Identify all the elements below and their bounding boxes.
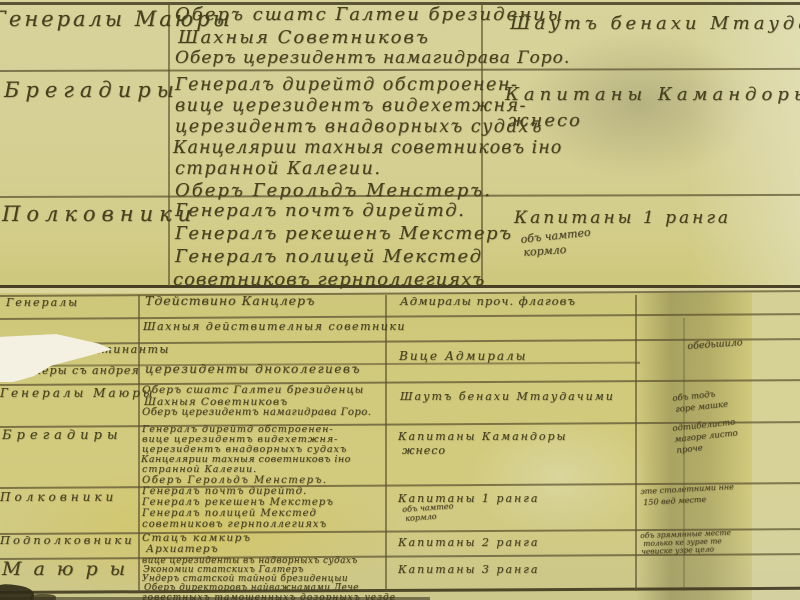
rank-cell-text: Брегадиры	[2, 429, 122, 442]
margin-note-text: объ чамтео	[520, 227, 591, 245]
naval-ranks-text: жнесо	[508, 112, 582, 130]
civil-ranks-text: Шахныя действителныя советники	[143, 321, 406, 332]
civil-ranks-text: Генералъ дирейтд обстроенен-	[175, 77, 518, 95]
rank-cell-text: Генералы Лейтинанты	[0, 344, 170, 355]
civil-ranks-text: Оберъ церезидентъ намагидрава Горо.	[142, 408, 371, 418]
civil-ranks-text: Оберъ Герольдъ Менстеръ.	[175, 182, 492, 200]
civil-ranks-text: Оберъ директоровъ найважнамами Лече	[144, 584, 359, 593]
naval-ranks-text: кормло	[405, 513, 437, 523]
civil-ranks-text: Генералъ рекешенъ Мекстеръ	[142, 498, 334, 508]
naval-ranks-text: Капитаны Камандоры	[505, 86, 800, 104]
table-hline	[0, 587, 800, 594]
civil-ranks-text: Генералъ полицей Мекстед	[175, 248, 483, 266]
rank-cell-text: Брегадиры	[4, 80, 180, 101]
photo-edge-mark	[30, 594, 56, 600]
civil-ranks-text: Оберъ церезидентъ намагидрава Горо.	[175, 50, 570, 67]
naval-ranks-text: Капитаны 3 ранга	[398, 564, 539, 575]
civil-ranks-text: церезидентъ внадворныхъ судахъ	[175, 119, 543, 137]
rank-cell-text: Генералы	[6, 297, 79, 308]
naval-ranks-text: Капитаны 2 ранга	[398, 537, 539, 548]
civil-ranks-text: странной Калегии.	[175, 161, 381, 179]
civil-ranks-text: Оберъ сшатс Галтеи брезиденцы	[142, 385, 364, 396]
margin-note-text: обедьшило	[687, 338, 743, 351]
civil-ranks-text: говестныхъ тамошенныхъ дозорныхъ уезде	[142, 594, 396, 600]
naval-ranks-text: Капитаны Камандоры	[398, 431, 568, 442]
rank-cell-text: Подполковники	[0, 535, 135, 547]
table-hline	[0, 68, 800, 72]
civil-ranks-text: странной Калегии.	[142, 465, 257, 475]
table-vline	[635, 295, 637, 591]
civil-ranks-text: вице церезидентъ видехетжня-	[175, 98, 527, 116]
naval-ranks-text: Капитаны 1 ранга	[398, 493, 539, 504]
table-hline	[0, 379, 800, 385]
margin-note-text: кормло	[523, 244, 567, 258]
naval-ranks-text: Шаутъ бенахи Мтаудачими	[400, 391, 615, 402]
table-vline	[385, 295, 387, 591]
naval-ranks-text: Вице Адмиралы	[399, 350, 527, 362]
margin-note-text: проче	[676, 444, 703, 455]
rank-cell-text: Маюры	[2, 560, 137, 579]
civil-ranks-text: Шахныя Советниковъ	[144, 397, 288, 408]
margin-note-text: эте столетними нне	[640, 483, 734, 496]
rank-cell-text: Полковники	[2, 204, 197, 225]
table-hline	[0, 313, 800, 319]
civil-ranks-text: Архиатеръ	[146, 544, 219, 555]
civil-ranks-text: Генералъ почтъ дирейтд.	[175, 202, 465, 220]
naval-ranks-text: Адмиралы проч. флаговъ	[400, 296, 576, 308]
civil-ranks-text: советниковъ гернполлегияхъ	[173, 271, 485, 289]
civil-ranks-text: Оберъ Герольдъ Менстеръ.	[142, 476, 327, 486]
table-vline	[168, 2, 170, 286]
table-vline	[138, 295, 140, 591]
civil-ranks-text: Генералъ рекешенъ Мекстеръ	[175, 225, 513, 243]
civil-ranks-text: Тдействино Канцлеръ	[145, 295, 315, 308]
civil-ranks-text: Генералъ почтъ дирейтд.	[142, 487, 307, 497]
margin-note-text: 150 вед месте	[643, 496, 706, 507]
civil-ranks-text: церезиденты дноколегиевъ	[145, 363, 361, 375]
paper-highlight	[690, 0, 800, 290]
rank-cell-text: Генералы Маюры	[0, 387, 156, 399]
rank-cell-text: Кавалеры съ андрея	[2, 365, 140, 376]
civil-ranks-text: Шахныя Советниковъ	[178, 29, 430, 47]
civil-ranks-text: советниковъ гернполлегияхъ	[142, 520, 327, 530]
civil-ranks-text: Генералъ полицей Мекстед	[142, 509, 317, 519]
civil-ranks-text: Стацъ камкиръ	[142, 533, 251, 544]
naval-ranks-text: Шаутъ бенахи Мтаудачими	[510, 15, 800, 33]
naval-ranks-text: Капитаны 1 ранга	[514, 210, 731, 227]
civil-ranks-text: Оберъ сшатс Галтеи брезиденцы	[175, 6, 564, 24]
rank-cell-text: Полковники	[0, 491, 117, 503]
manuscript-photo: Генералы Маюры Оберъ сшатс Галтеи брезид…	[0, 0, 800, 600]
naval-ranks-text: жнесо	[402, 445, 446, 456]
civil-ranks-text: Канцелярии тахныя советниковъ іно	[173, 140, 562, 158]
